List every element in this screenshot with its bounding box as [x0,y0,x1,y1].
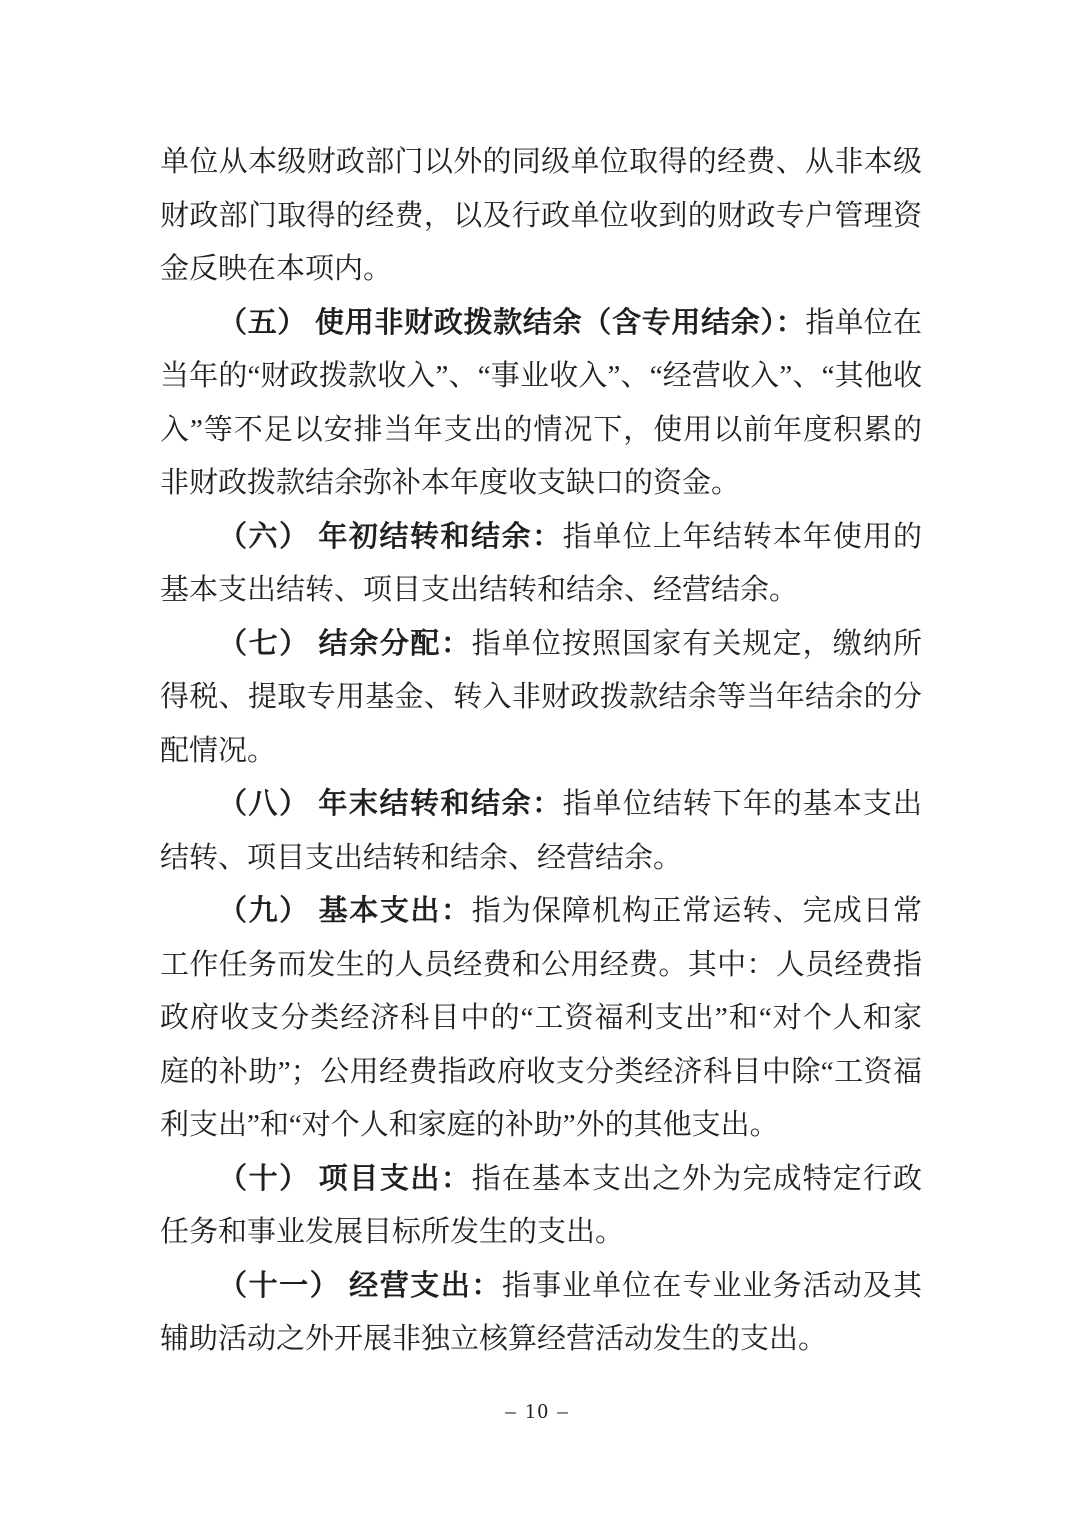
paragraph: （九） 基本支出：指为保障机构正常运转、完成日常工作任务而发生的人员经费和公用经… [160,885,922,1153]
section-heading: （八） 年末结转和结余： [218,788,563,820]
paragraph: 单位从本级财政部门以外的同级单位取得的经费、从非本级财政部门取得的经费，以及行政… [160,136,922,297]
document-body: 单位从本级财政部门以外的同级单位取得的经费、从非本级财政部门取得的经费，以及行政… [160,136,922,1367]
section-heading: （五） 使用非财政拨款结余（含专用结余）： [218,307,805,339]
section-heading: （十一） 经营支出： [218,1270,502,1302]
paragraph: （六） 年初结转和结余：指单位上年结转本年使用的基本支出结转、项目支出结转和结余… [160,511,922,618]
page-number: – 10 – [505,1399,570,1423]
paragraph: （五） 使用非财政拨款结余（含专用结余）：指单位在当年的“财政拨款收入”、“事业… [160,297,922,511]
paragraph: （十一） 经营支出：指事业单位在专业业务活动及其辅助活动之外开展非独立核算经营活… [160,1260,922,1367]
page-footer: – 10 – [0,1398,1075,1424]
paragraph-text: 单位从本级财政部门以外的同级单位取得的经费、从非本级财政部门取得的经费，以及行政… [160,146,922,285]
paragraph: （八） 年末结转和结余：指单位结转下年的基本支出结转、项目支出结转和结余、经营结… [160,778,922,885]
section-heading: （六） 年初结转和结余： [218,521,563,553]
paragraph: （十） 项目支出：指在基本支出之外为完成特定行政任务和事业发展目标所发生的支出。 [160,1153,922,1260]
paragraph-text: 指为保障机构正常运转、完成日常工作任务而发生的人员经费和公用经费。其中：人员经费… [160,895,922,1141]
paragraph: （七） 结余分配：指单位按照国家有关规定，缴纳所得税、提取专用基金、转入非财政拨… [160,618,922,779]
section-heading: （九） 基本支出： [218,895,472,927]
document-page: 单位从本级财政部门以外的同级单位取得的经费、从非本级财政部门取得的经费，以及行政… [0,0,1075,1520]
section-heading: （七） 结余分配： [218,628,472,660]
section-heading: （十） 项目支出： [218,1163,472,1195]
